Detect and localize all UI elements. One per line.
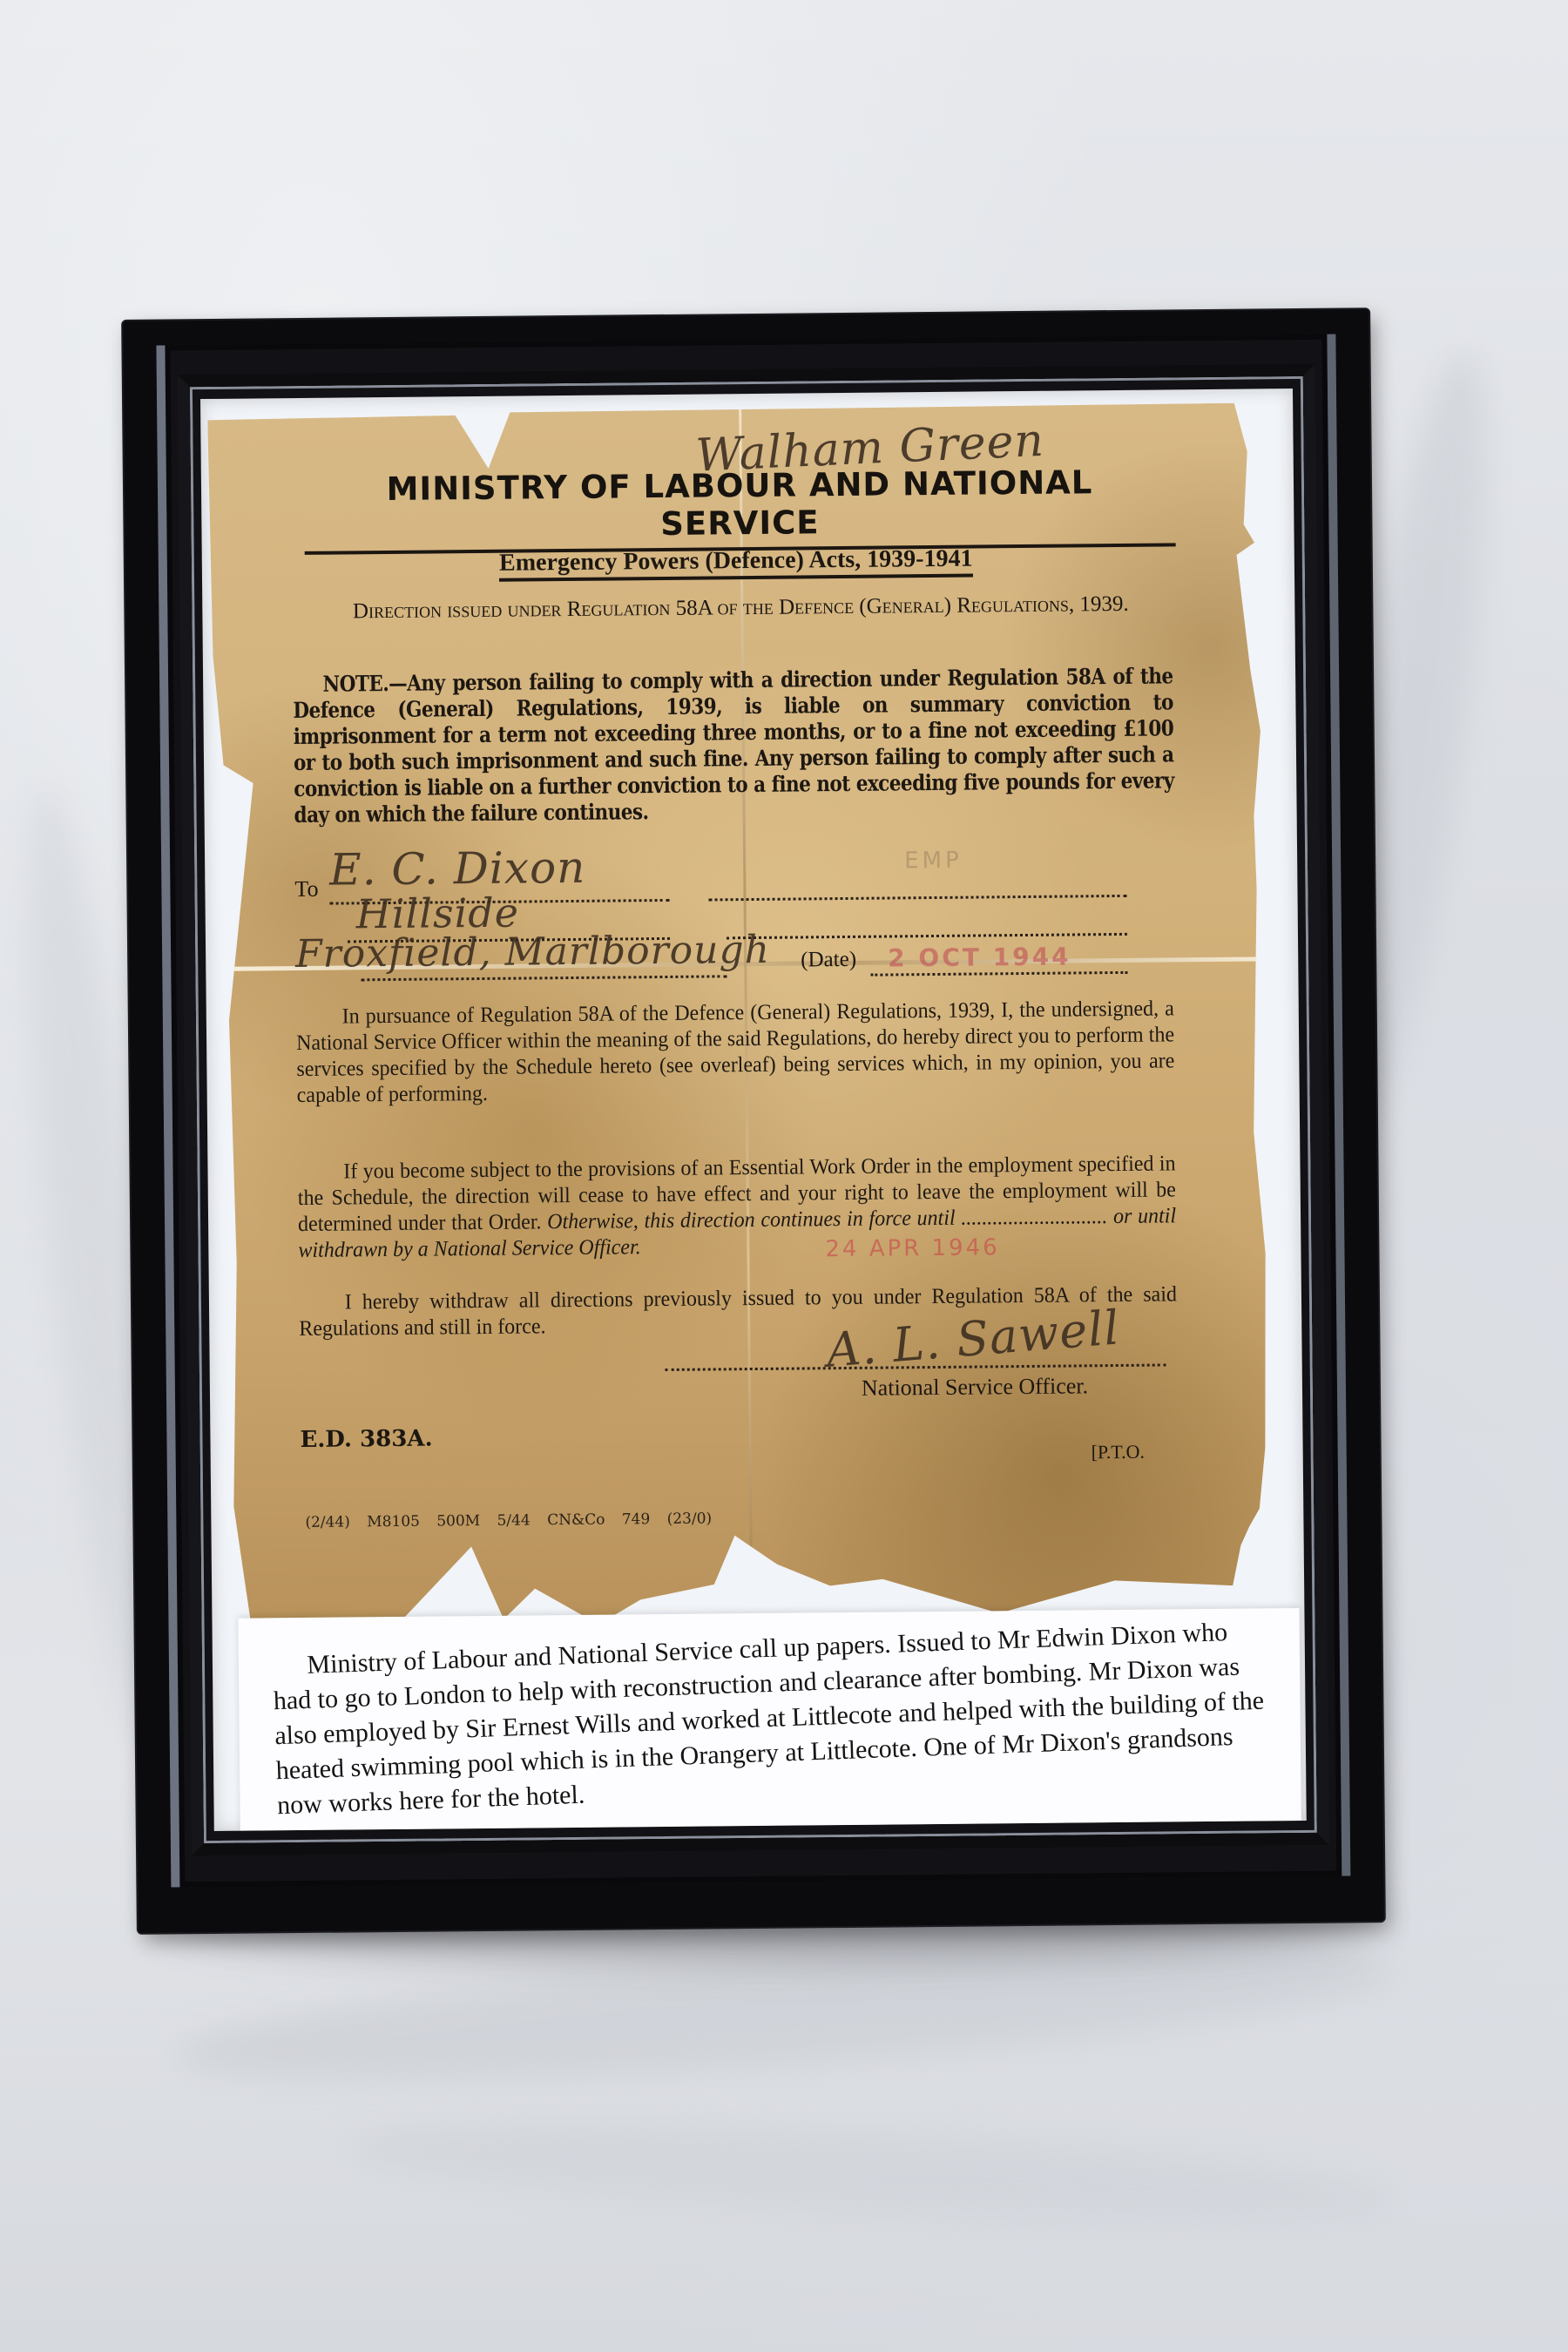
date-stamp: 2 OCT 1944	[888, 942, 1071, 972]
recipient-address-line2: Froxfield, Marlborough	[295, 928, 770, 977]
caption-card: Ministry of Labour and National Service …	[238, 1608, 1301, 1831]
document-paper: Walham Green MINISTRY OF LABOUR AND NATI…	[207, 402, 1273, 1628]
picture-frame: Walham Green MINISTRY OF LABOUR AND NATI…	[123, 309, 1384, 1933]
faint-stamp: EMP	[904, 848, 963, 875]
until-stamp: 24 APR 1946	[825, 1234, 1000, 1262]
acts-text: Emergency Powers (Defence) Acts, 1939-19…	[499, 545, 973, 582]
document-content: Walham Green MINISTRY OF LABOUR AND NATI…	[207, 402, 1273, 1628]
to-label: To	[294, 876, 318, 902]
document-title: MINISTRY OF LABOUR AND NATIONAL SERVICE	[304, 463, 1176, 555]
note-paragraph: NOTE.—Any person failing to comply with …	[293, 663, 1174, 828]
dotted-line	[709, 895, 1127, 902]
caption-text: Ministry of Labour and National Service …	[272, 1614, 1270, 1824]
recipient-block: To E. C. Dixon Hillside Froxfield, Marlb…	[294, 843, 1193, 983]
print-code: (2/44) M8105 500M 5/44 CN&Co 749 (23/0)	[305, 1510, 712, 1531]
pto-mark: [P.T.O.	[1092, 1441, 1146, 1464]
signatory-title: National Service Officer.	[862, 1373, 1088, 1401]
dotted-line	[727, 933, 1127, 939]
frame-mount: Walham Green MINISTRY OF LABOUR AND NATI…	[200, 389, 1307, 1831]
paragraph-essential-work: If you become subject to the provisions …	[297, 1151, 1176, 1264]
date-label: (Date)	[801, 948, 856, 973]
paragraph-direction: In pursuance of Regulation 58A of the De…	[296, 996, 1175, 1109]
recipient-name: E. C. Dixon	[329, 842, 586, 896]
dotted-line	[361, 975, 727, 981]
form-number: E.D. 383A.	[300, 1426, 432, 1453]
cloth-fold	[347, 2107, 1395, 2240]
direction-heading: Direction issued under Regulation 58A of…	[314, 588, 1167, 627]
